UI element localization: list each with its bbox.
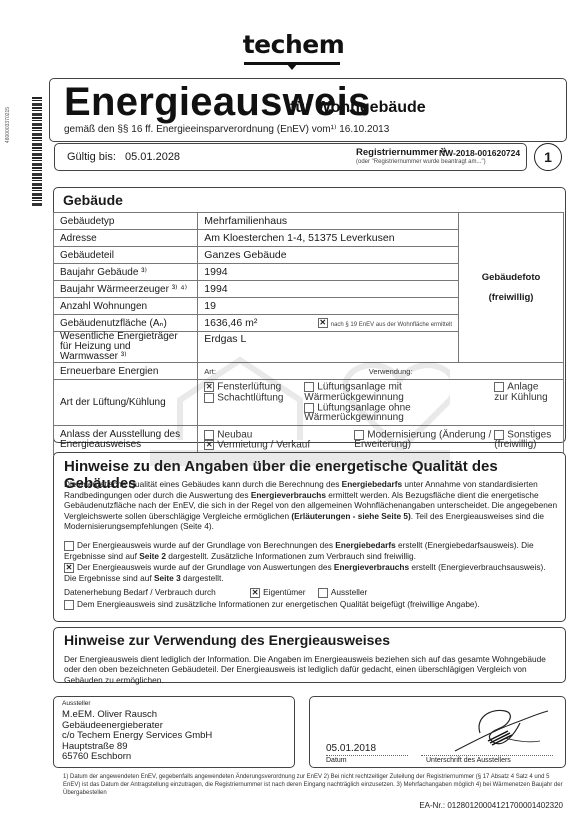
issuer-label: Aussteller	[62, 700, 91, 707]
usage-notes-title: Hinweise zur Verwendung des Energieauswe…	[64, 632, 390, 648]
page-number-badge: 1	[534, 143, 562, 171]
option-ventilation-heat-recovery[interactable]: Lüftungsanlage mit Wärmerückgewinnung	[304, 382, 494, 403]
checkbox[interactable]	[204, 393, 214, 403]
ea-number: EA-Nr.: 01280120004121700001402320	[360, 801, 563, 810]
law-reference: gemäß den §§ 16 ff. Energieeinsparverord…	[64, 124, 389, 135]
issuer-box: Aussteller M.eEM. Oliver Rausch Gebäudee…	[53, 696, 295, 768]
data-collection-row: Datenerhebung Bedarf / Verbrauch durch ✕…	[64, 587, 559, 598]
option-cooling[interactable]: Anlage zur Kühlung	[494, 382, 554, 423]
date-line	[326, 755, 408, 756]
table-row: Art der Lüftung/Kühlung ✕Fensterlüftung …	[54, 380, 564, 426]
checkbox-checked[interactable]: ✕	[204, 382, 214, 392]
option-window-ventilation[interactable]: ✕Fensterlüftung	[204, 382, 304, 393]
data-collection-label: Datenerhebung Bedarf / Verbrauch durch	[64, 587, 216, 597]
row-label: Anlass der Ausstellung des Energieauswei…	[54, 426, 198, 455]
techem-logo: techem	[0, 30, 587, 59]
row-label: Gebäudenutzfläche (Aₙ)	[54, 315, 198, 332]
row-value: 1994	[198, 264, 459, 281]
signature-label: Unterschrift des Ausstellers	[426, 757, 511, 764]
row-value: 19	[198, 298, 459, 315]
checkbox[interactable]	[494, 382, 504, 392]
row-value: Mehrfamilienhaus	[198, 213, 459, 230]
option-rent-sale[interactable]: ✕Vermietung / Verkauf	[204, 440, 354, 451]
row-label: Baujahr Gebäude ³⁾	[54, 264, 198, 281]
option-label: Neubau	[217, 429, 252, 440]
signature-line	[421, 755, 553, 756]
table-row: Anlass der Ausstellung des Energieauswei…	[54, 426, 564, 455]
option-consumption-certificate[interactable]: ✕Der Energieausweis wurde auf der Grundl…	[64, 562, 559, 583]
quality-notes-paragraph: Die energetische Qualität eines Gebäudes…	[64, 479, 559, 532]
renewables-type-label: Art:	[204, 367, 216, 376]
checkbox[interactable]	[304, 403, 314, 413]
checkbox-checked[interactable]: ✕	[250, 588, 260, 598]
row-value: Ganzes Gebäude	[198, 247, 459, 264]
option-label: Lüftungsanlage ohne Wärmerückgewinnung	[304, 402, 410, 423]
row-label: Anzahl Wohnungen	[54, 298, 198, 315]
option-label: Schachtlüftung	[217, 392, 283, 403]
row-value: Am Kloesterchen 1-4, 51375 Leverkusen	[198, 230, 459, 247]
title-box: Energieausweis für Wohngebäude gemäß den…	[49, 78, 567, 142]
row-value: 1636,46 m² ✕nach § 19 EnEV aus der Wohnf…	[198, 315, 459, 332]
row-label: Art der Lüftung/Kühlung	[54, 380, 198, 426]
validity-box: Gültig bis: 05.01.2028 Registriernummer …	[54, 143, 527, 171]
option-label: Fensterlüftung	[217, 382, 281, 393]
option-label: Modernisierung (Änderung / Erweiterung)	[354, 429, 491, 450]
building-section: Gebäude Gebäudetyp Mehrfamilienhaus Gebä…	[53, 187, 566, 443]
signature-box: 05.01.2018 Datum Unterschrift des Ausste…	[309, 696, 566, 768]
date-label: Datum	[326, 757, 347, 764]
row-value: Erdgas L	[198, 332, 459, 363]
checkbox[interactable]	[354, 430, 364, 440]
occasion-options: Neubau ✕Vermietung / Verkauf Modernisier…	[198, 426, 564, 455]
building-section-title: Gebäude	[63, 192, 123, 208]
barcode-number: 4800003370215	[5, 95, 11, 155]
issuer-address: M.eEM. Oliver Rausch Gebäudeenergieberat…	[62, 710, 212, 763]
building-photo-placeholder: Gebäudefoto (freiwillig)	[459, 213, 564, 363]
quality-notes-section: Hinweise zu den Angaben über die energet…	[53, 452, 566, 622]
checkbox[interactable]	[318, 588, 328, 598]
option-ventilation-no-heat-recovery[interactable]: Lüftungsanlage ohne Wärmerückgewinnung	[304, 403, 494, 424]
row-value: 1994	[198, 281, 459, 298]
checkbox[interactable]	[494, 430, 504, 440]
registration-number: NW-2018-001620724	[439, 148, 520, 158]
barcode	[32, 97, 42, 207]
option-demand-certificate[interactable]: Der Energieausweis wurde auf der Grundla…	[64, 540, 559, 561]
valid-until-value: 05.01.2028	[125, 151, 180, 163]
photo-label: Gebäudefoto	[482, 272, 541, 283]
option-issuer[interactable]: Aussteller	[318, 587, 367, 597]
option-other[interactable]: Sonstiges (freiwillig)	[494, 430, 554, 451]
checkbox-checked[interactable]: ✕	[64, 563, 74, 573]
table-row: Erneuerbare Energien Art: Verwendung:	[54, 363, 564, 380]
usage-notes-text: Der Energieausweis dient lediglich der I…	[64, 654, 559, 685]
registration-note: (oder "Registriernummer wurde beantragt …	[356, 159, 486, 165]
checkbox[interactable]	[64, 600, 74, 610]
issue-date: 05.01.2018	[326, 743, 376, 754]
row-label: Adresse	[54, 230, 198, 247]
valid-until-label: Gültig bis:	[67, 151, 116, 163]
checkbox[interactable]	[204, 430, 214, 440]
signature-icon	[450, 703, 550, 755]
checkbox[interactable]	[304, 382, 314, 392]
renewables-value: Art: Verwendung:	[198, 363, 564, 380]
photo-optional-label: (freiwillig)	[489, 292, 534, 303]
table-row: Gebäudetyp Mehrfamilienhaus Gebäudefoto …	[54, 213, 564, 230]
option-shaft-ventilation[interactable]: Schachtlüftung	[204, 393, 304, 404]
logo-chevron	[286, 63, 298, 70]
checkbox[interactable]	[64, 541, 74, 551]
renewables-usage-label: Verwendung:	[369, 367, 413, 376]
option-additional-info[interactable]: Dem Energieausweis sind zusätzliche Info…	[64, 599, 559, 610]
floor-area-method-note: nach § 19 EnEV aus der Wohnfläche ermitt…	[331, 322, 452, 328]
row-label: Gebäudeteil	[54, 247, 198, 264]
floor-area-method: ✕nach § 19 EnEV aus der Wohnfläche ermit…	[318, 317, 452, 329]
floor-area-value: 1636,46 m²	[204, 317, 257, 329]
option-label: Vermietung / Verkauf	[217, 440, 310, 451]
registration-label: Registriernummer ²⁾	[356, 147, 446, 158]
checkbox-checked[interactable]: ✕	[204, 440, 214, 450]
checkbox-checked[interactable]: ✕	[318, 318, 328, 328]
option-label: Lüftungsanlage mit Wärmerückgewinnung	[304, 382, 404, 403]
row-label: Gebäudetyp	[54, 213, 198, 230]
document-subtitle: für Wohngebäude	[290, 99, 426, 117]
usage-notes-section: Hinweise zur Verwendung des Energieauswe…	[53, 627, 566, 683]
row-label: Wesentliche Energieträger für Heizung un…	[54, 332, 198, 363]
footnotes: 1) Datum der angewendeten EnEV, gegebenf…	[63, 773, 563, 797]
option-new-build[interactable]: Neubau	[204, 430, 354, 441]
row-label: Erneuerbare Energien	[54, 363, 198, 380]
row-label: Baujahr Wärmeerzeuger ³⁾ ⁴⁾	[54, 281, 198, 298]
option-owner[interactable]: ✕Eigentümer	[250, 587, 305, 597]
ventilation-options: ✕Fensterlüftung Schachtlüftung Lüftungsa…	[198, 380, 564, 426]
building-table: Gebäudetyp Mehrfamilienhaus Gebäudefoto …	[53, 212, 564, 455]
option-modernisation[interactable]: Modernisierung (Änderung / Erweiterung)	[354, 430, 494, 451]
